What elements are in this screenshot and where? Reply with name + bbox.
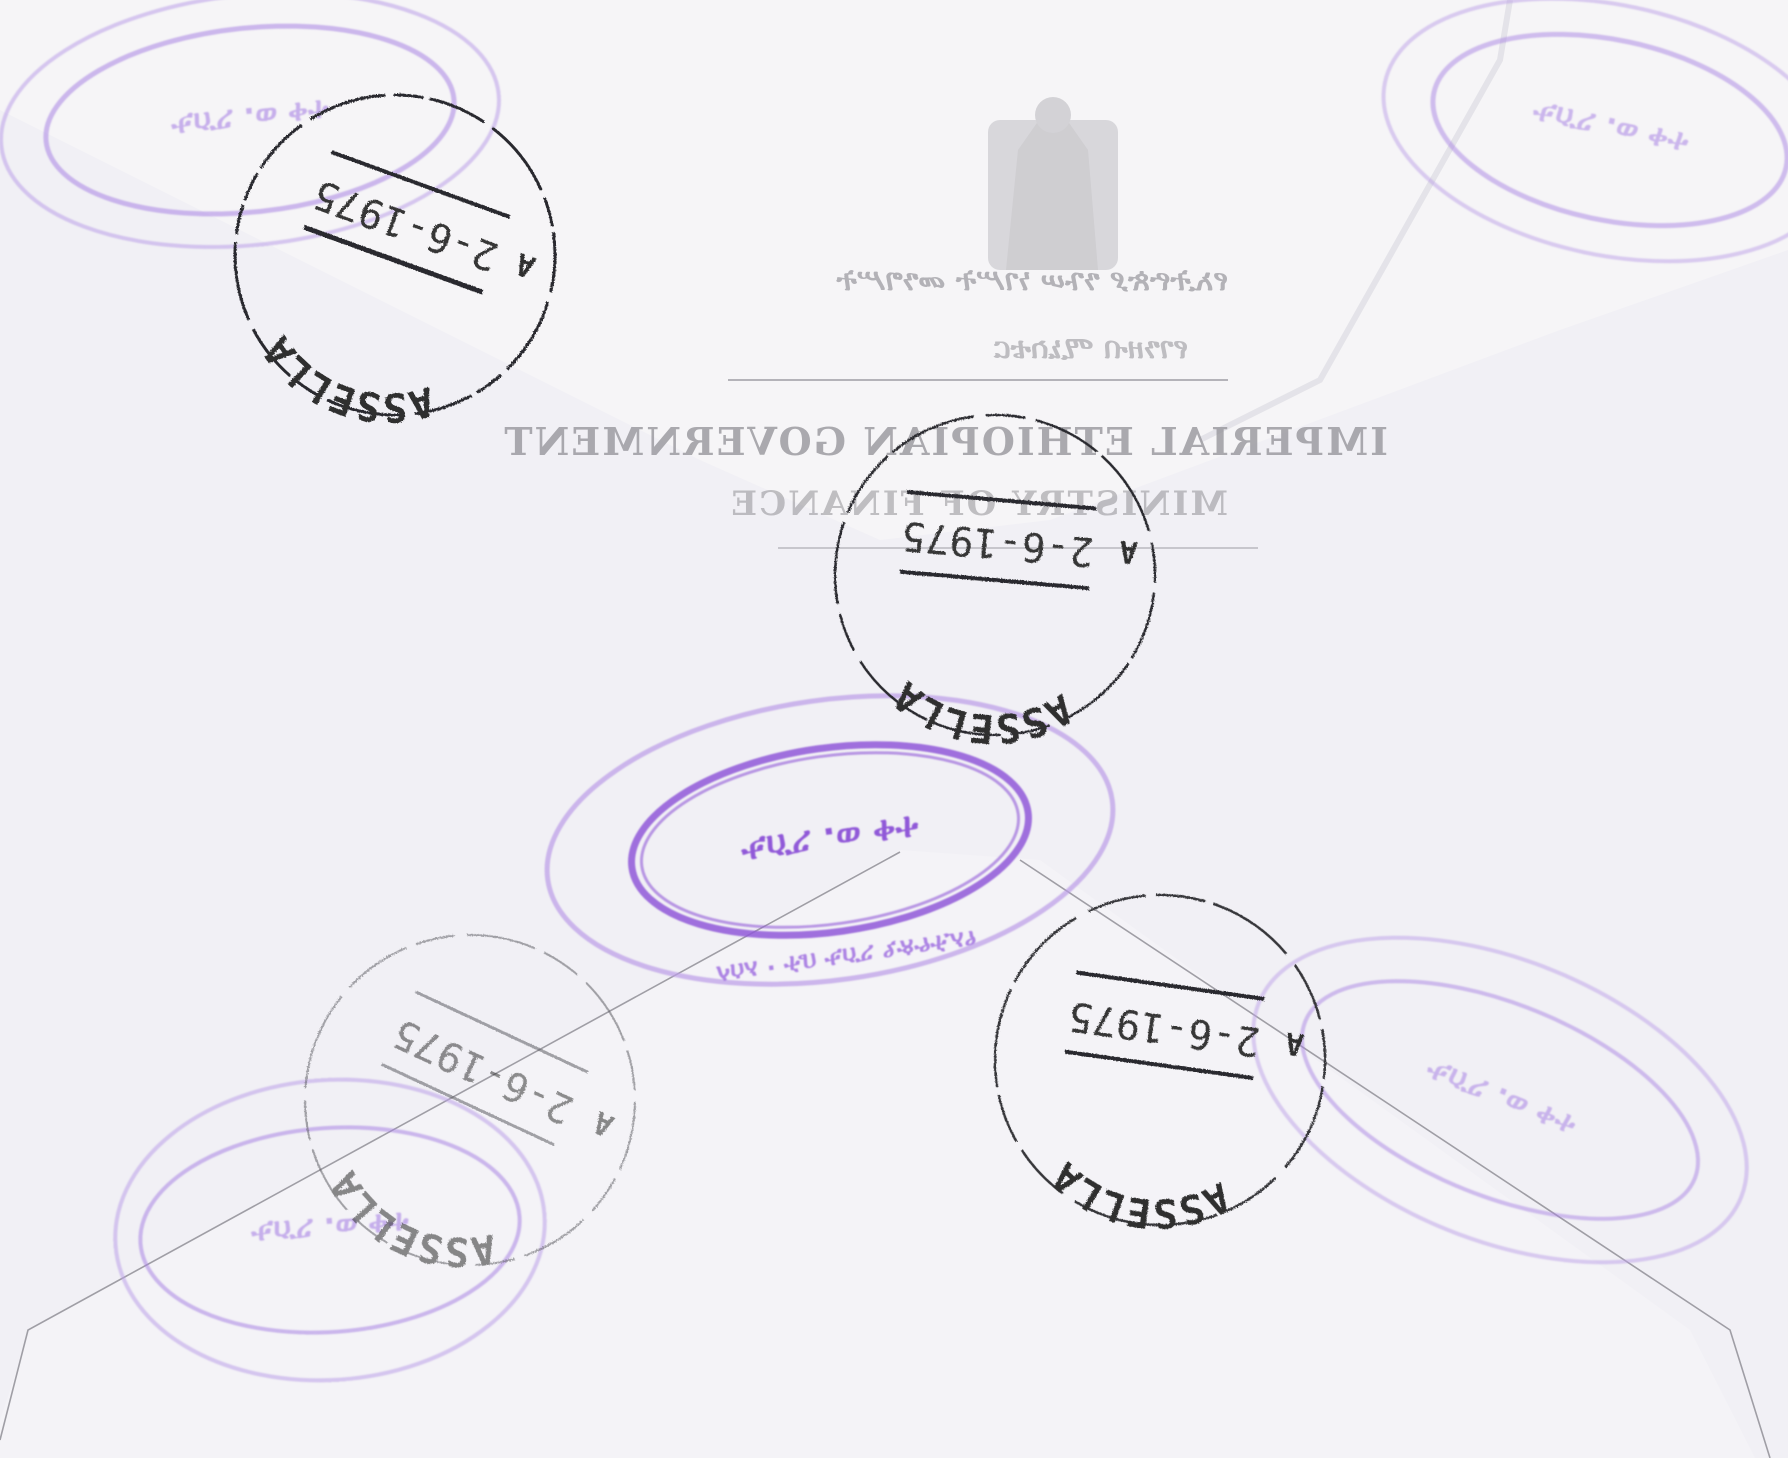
envelope-illustration: የኢትዮጵያ ንጉሠ ነገሥት መንግሥት የገንዘብ ሚኒስቴር IMPERI… xyxy=(0,0,1788,1458)
paper-grain xyxy=(0,0,1788,1458)
envelope-back-scan: የኢትዮጵያ ንጉሠ ነገሥት መንግሥት የገንዘብ ሚኒስቴር IMPERI… xyxy=(0,0,1788,1458)
